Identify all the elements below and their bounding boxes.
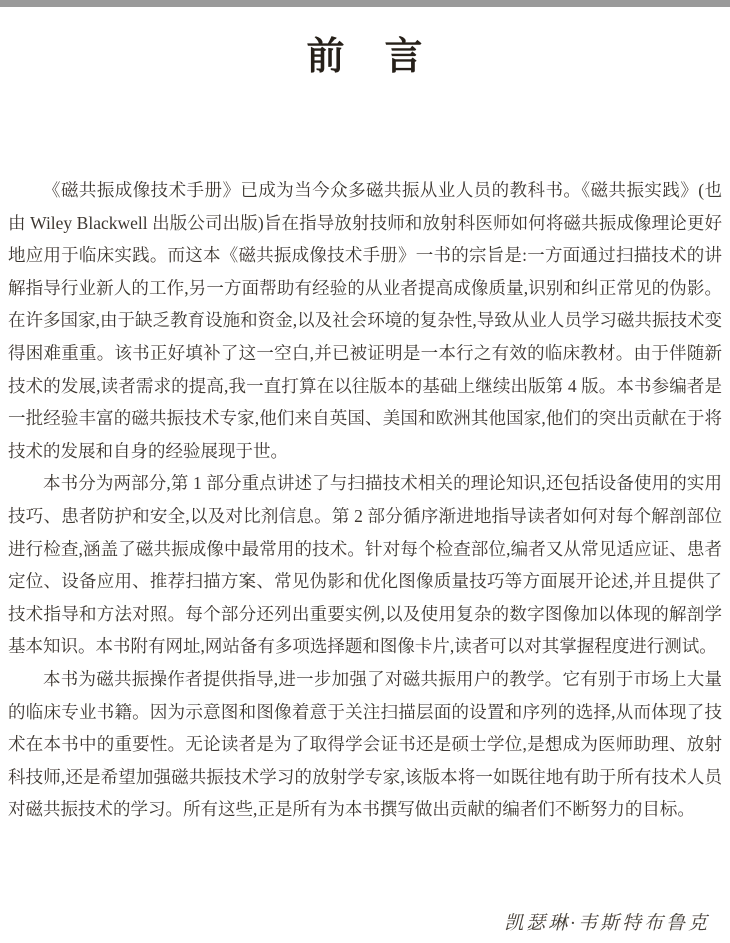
page-title: 前 言 [0, 34, 730, 80]
author-signature: 凯瑟琳·韦斯特布鲁克 [504, 908, 710, 935]
paragraph-2: 本书分为两部分,第 1 部分重点讲述了与扫描技术相关的理论知识,还包括设备使用的… [8, 467, 722, 663]
paragraph-1: 《磁共振成像技术手册》已成为当今众多磁共振从业人员的教科书。《磁共振实践》(也由… [8, 174, 722, 467]
preface-page: 前 言 《磁共振成像技术手册》已成为当今众多磁共振从业人员的教科书。《磁共振实践… [0, 0, 730, 943]
paragraph-3: 本书为磁共振操作者提供指导,进一步加强了对磁共振用户的教学。它有别于市场上大量的… [8, 663, 722, 826]
scan-top-edge-bar [0, 0, 730, 7]
preface-body: 《磁共振成像技术手册》已成为当今众多磁共振从业人员的教科书。《磁共振实践》(也由… [8, 174, 722, 826]
